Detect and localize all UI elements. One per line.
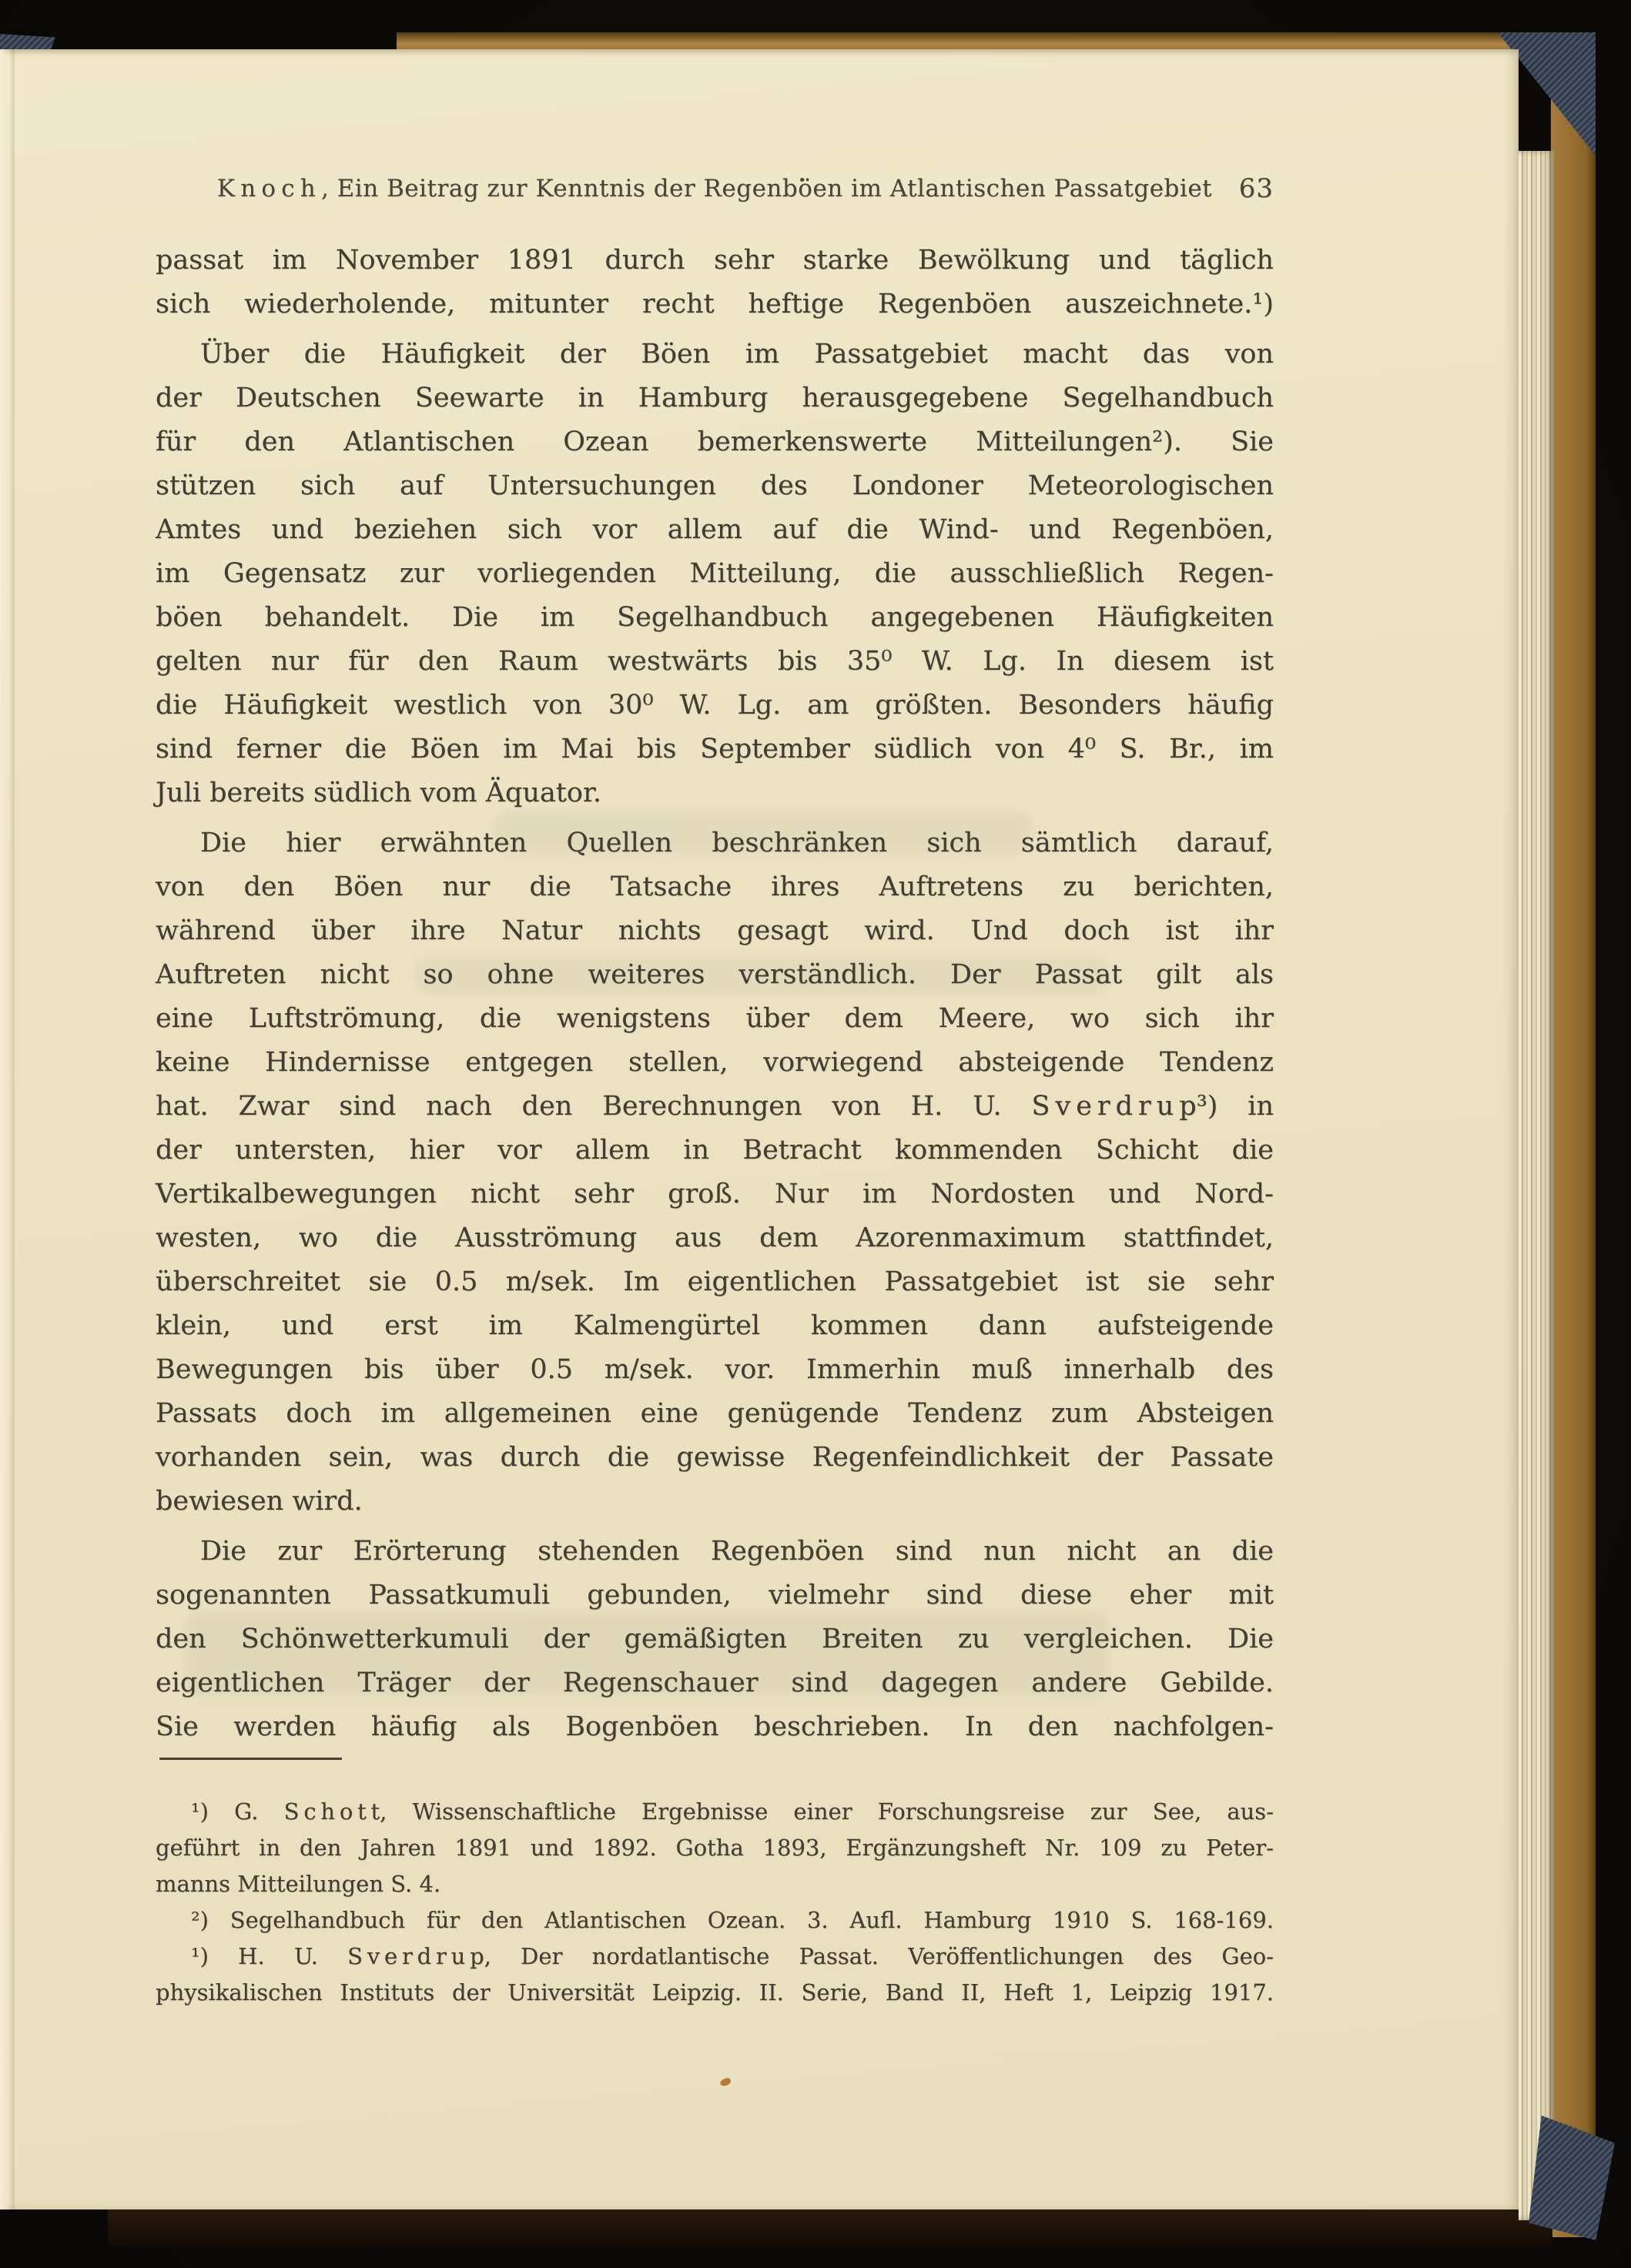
footnote-line: ²) Segelhandbuch für den Atlantischen Oz… bbox=[156, 1902, 1274, 1939]
text-line: im Gegensatz zur vorliegenden Mitteilung… bbox=[156, 552, 1274, 596]
paragraph: Die zur Erörterung stehenden Regenböen s… bbox=[156, 1530, 1274, 1749]
cloth-corner-bottom-right bbox=[1529, 2116, 1615, 2240]
body-text: passat im November 1891 durch sehr stark… bbox=[156, 239, 1274, 1749]
text-line: die Häufigkeit westlich von 30⁰ W. Lg. a… bbox=[156, 684, 1274, 728]
book-cover-right-edge bbox=[1551, 38, 1596, 2237]
text-line: den Schönwetterkumuli der gemäßigten Bre… bbox=[156, 1617, 1274, 1661]
paper-speck bbox=[719, 2077, 732, 2087]
text-line: Die hier erwähnten Quellen beschränken s… bbox=[156, 821, 1274, 865]
text-line: passat im November 1891 durch sehr stark… bbox=[156, 239, 1274, 283]
text-line: Sie werden häufig als Bogenböen beschrie… bbox=[156, 1705, 1274, 1749]
text-line: hat. Zwar sind nach den Berechnungen von… bbox=[156, 1085, 1274, 1129]
text-line: sind ferner die Böen im Mai bis Septembe… bbox=[156, 728, 1274, 771]
text-line: eine Luftströmung, die wenigstens über d… bbox=[156, 997, 1274, 1041]
paragraph: Über die Häufigkeit der Böen im Passatge… bbox=[156, 333, 1274, 815]
footnote-line: ¹) G. S c h o t t, Wissenschaftliche Erg… bbox=[156, 1794, 1274, 1830]
text-line: bewiesen wird. bbox=[156, 1480, 1274, 1524]
text-line: Bewegungen bis über 0.5 m/sek. vor. Imme… bbox=[156, 1348, 1274, 1392]
footnote-line: ¹) H. U. S v e r d r u p, Der nordatlant… bbox=[156, 1939, 1274, 1975]
running-head: K n o c h , Ein Beitrag zur Kenntnis der… bbox=[156, 171, 1274, 206]
text-line: sich wiederholende, mitunter recht hefti… bbox=[156, 283, 1274, 326]
text-line: Juli bereits südlich vom Äquator. bbox=[156, 771, 1274, 815]
page-number: 63 bbox=[1239, 171, 1274, 206]
paragraph: Die hier erwähnten Quellen beschränken s… bbox=[156, 821, 1274, 1524]
book-page: K n o c h , Ein Beitrag zur Kenntnis der… bbox=[0, 49, 1519, 2209]
text-line: überschreitet sie 0.5 m/sek. Im eigentli… bbox=[156, 1260, 1274, 1304]
text-line: der untersten, hier vor allem in Betrach… bbox=[156, 1129, 1274, 1172]
text-line: Über die Häufigkeit der Böen im Passatge… bbox=[156, 333, 1274, 376]
text-line: für den Atlantischen Ozean bemerkenswert… bbox=[156, 420, 1274, 464]
footnote-line: manns Mitteilungen S. 4. bbox=[156, 1866, 1274, 1902]
text-line: Die zur Erörterung stehenden Regenböen s… bbox=[156, 1530, 1274, 1574]
page-gutter-crease bbox=[0, 49, 15, 2209]
text-line: eigentlichen Träger der Regenschauer sin… bbox=[156, 1661, 1274, 1705]
text-line: Auftreten nicht so ohne weiteres verstän… bbox=[156, 953, 1274, 997]
footnotes: ¹) G. S c h o t t, Wissenschaftliche Erg… bbox=[156, 1794, 1274, 2011]
text-line: Vertikalbewegungen nicht sehr groß. Nur … bbox=[156, 1172, 1274, 1216]
running-head-title: K n o c h , Ein Beitrag zur Kenntnis der… bbox=[217, 175, 1212, 202]
book-scan-photo: K n o c h , Ein Beitrag zur Kenntnis der… bbox=[0, 0, 1631, 2268]
text-line: der Deutschen Seewarte in Hamburg heraus… bbox=[156, 376, 1274, 420]
text-line: klein, und erst im Kalmengürtel kommen d… bbox=[156, 1304, 1274, 1348]
footnote-line: physikalischen Instituts der Universität… bbox=[156, 1975, 1274, 2011]
footnote-line: geführt in den Jahren 1891 und 1892. Got… bbox=[156, 1830, 1274, 1866]
text-line: Passats doch im allgemeinen eine genügen… bbox=[156, 1392, 1274, 1436]
text-line: während über ihre Natur nichts gesagt wi… bbox=[156, 909, 1274, 953]
footnote-separator-rule bbox=[159, 1758, 342, 1760]
paragraph: passat im November 1891 durch sehr stark… bbox=[156, 239, 1274, 326]
book-cover-bottom-shadow bbox=[108, 2208, 1552, 2246]
text-line: keine Hindernisse entgegen stellen, vorw… bbox=[156, 1041, 1274, 1085]
text-line: böen behandelt. Die im Segelhandbuch ang… bbox=[156, 596, 1274, 640]
text-line: stützen sich auf Untersuchungen des Lond… bbox=[156, 464, 1274, 508]
text-line: vorhanden sein, was durch die gewisse Re… bbox=[156, 1436, 1274, 1480]
text-line: Amtes und beziehen sich vor allem auf di… bbox=[156, 508, 1274, 552]
text-line: gelten nur für den Raum westwärts bis 35… bbox=[156, 640, 1274, 684]
text-line: westen, wo die Ausströmung aus dem Azore… bbox=[156, 1216, 1274, 1260]
text-line: sogenannten Passatkumuli gebunden, vielm… bbox=[156, 1574, 1274, 1617]
page-stack-edges bbox=[1519, 151, 1554, 2220]
text-line: von den Böen nur die Tatsache ihres Auft… bbox=[156, 865, 1274, 909]
